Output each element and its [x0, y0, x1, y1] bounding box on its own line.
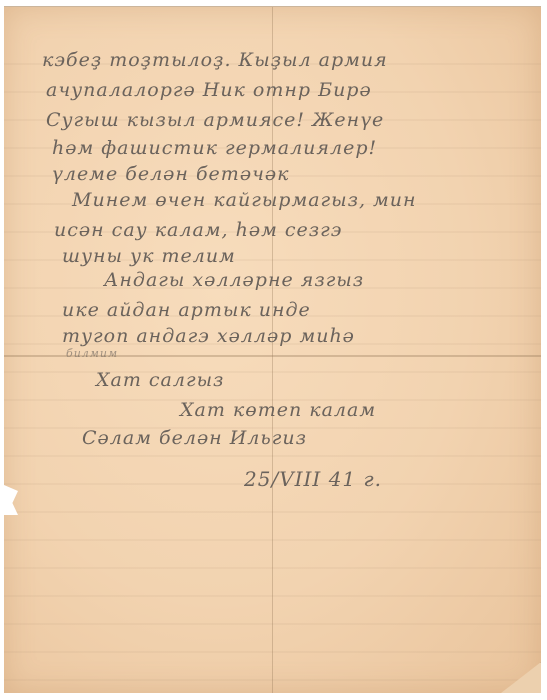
letter-line-1: кэбеҙ тоҙтылоҙ. Кыҙыл армия	[42, 49, 388, 71]
letter-line-9: Андагы хәлләрне язгыз	[104, 269, 364, 291]
letter-line-14: Хат көтеп калам	[180, 399, 376, 421]
letter-line-12: билмим	[66, 347, 118, 360]
letter-line-8: шуны ук телим	[62, 245, 236, 267]
letter-date: 25/VIII 41 г.	[244, 467, 382, 491]
letter-line-3: Сугыш кызыл армиясе! Женүе	[46, 109, 384, 131]
letter-line-7: исән сау калам, һәм сезгэ	[54, 219, 342, 241]
letter-line-13: Хат салгыз	[96, 369, 224, 391]
folded-corner	[501, 662, 541, 693]
letter-line-2: ачупалалоргә Ник отнр Бирә	[46, 79, 372, 101]
letter-line-11: тугоп андагэ хәлләр миһә	[62, 325, 355, 347]
letter-line-4: һәм фашистик гермалиялер!	[52, 137, 377, 159]
letter-line-6: Минем өчен кайгырмагыз, мин	[72, 189, 417, 211]
letter-line-15: Сәлам белән Ильгиз	[82, 427, 307, 449]
torn-edge	[4, 485, 18, 515]
letter-line-10: ике айдан артык инде	[62, 299, 311, 321]
letter-line-5: үлеме белән бетәчәк	[52, 163, 289, 185]
letter-paper: кэбеҙ тоҙтылоҙ. Кыҙыл армия ачупалалоргә…	[4, 6, 541, 693]
